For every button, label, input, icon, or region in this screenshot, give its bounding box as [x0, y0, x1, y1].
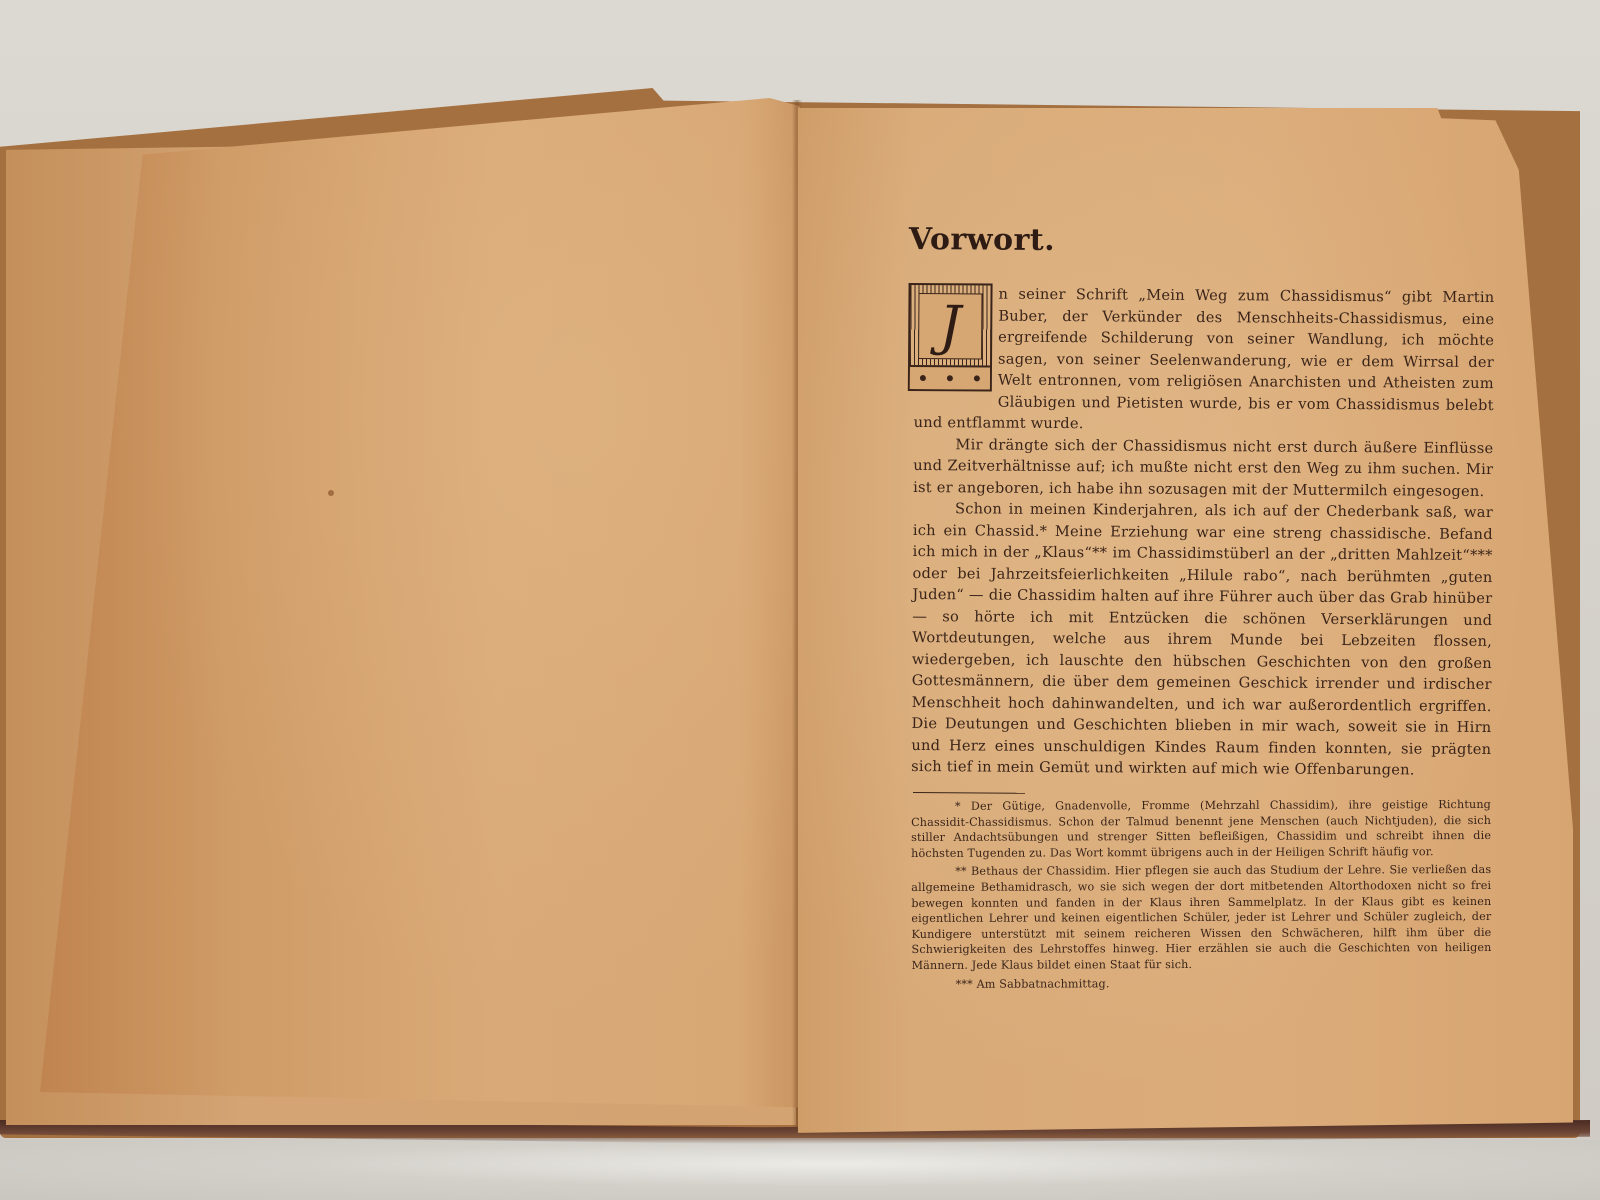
footnote-2: ** Bethaus der Chassidim. Hier pflegen s…	[911, 862, 1491, 973]
paragraph-2: Mir drängte sich der Chassidismus nicht …	[913, 433, 1493, 502]
paragraph-1: n seiner Schrift „Mein Weg zum Chassidis…	[914, 283, 1495, 438]
footnote-3: *** Am Sabbatnachmittag.	[912, 974, 1492, 992]
table-surface	[0, 1140, 1600, 1200]
paper-spot	[328, 490, 334, 496]
drop-cap-letter: J	[918, 293, 982, 359]
drop-cap-ornament: J	[908, 283, 993, 392]
footnote-divider	[913, 792, 1025, 794]
footnote-1: * Der Gütige, Gnadenvolle, Fromme (Mehrz…	[911, 796, 1491, 860]
drop-cap-base-ornament	[910, 365, 990, 390]
right-page-text: Vorwort. J n seiner Schrift „Mein Weg zu…	[910, 222, 1495, 999]
left-page-blank	[40, 98, 800, 1128]
ornament-dot-icon	[920, 375, 926, 381]
footnotes: * Der Gütige, Gnadenvolle, Fromme (Mehrz…	[911, 796, 1492, 991]
ornament-dot-icon	[974, 375, 980, 381]
photo-scene: Vorwort. J n seiner Schrift „Mein Weg zu…	[0, 0, 1600, 1200]
ornament-dot-icon	[947, 375, 953, 381]
paragraph-3: Schon in meinen Kinderjahren, als ich au…	[911, 498, 1493, 782]
body-text: J n seiner Schrift „Mein Weg zum Chassid…	[911, 283, 1494, 782]
page-title: Vorwort.	[909, 222, 1495, 261]
